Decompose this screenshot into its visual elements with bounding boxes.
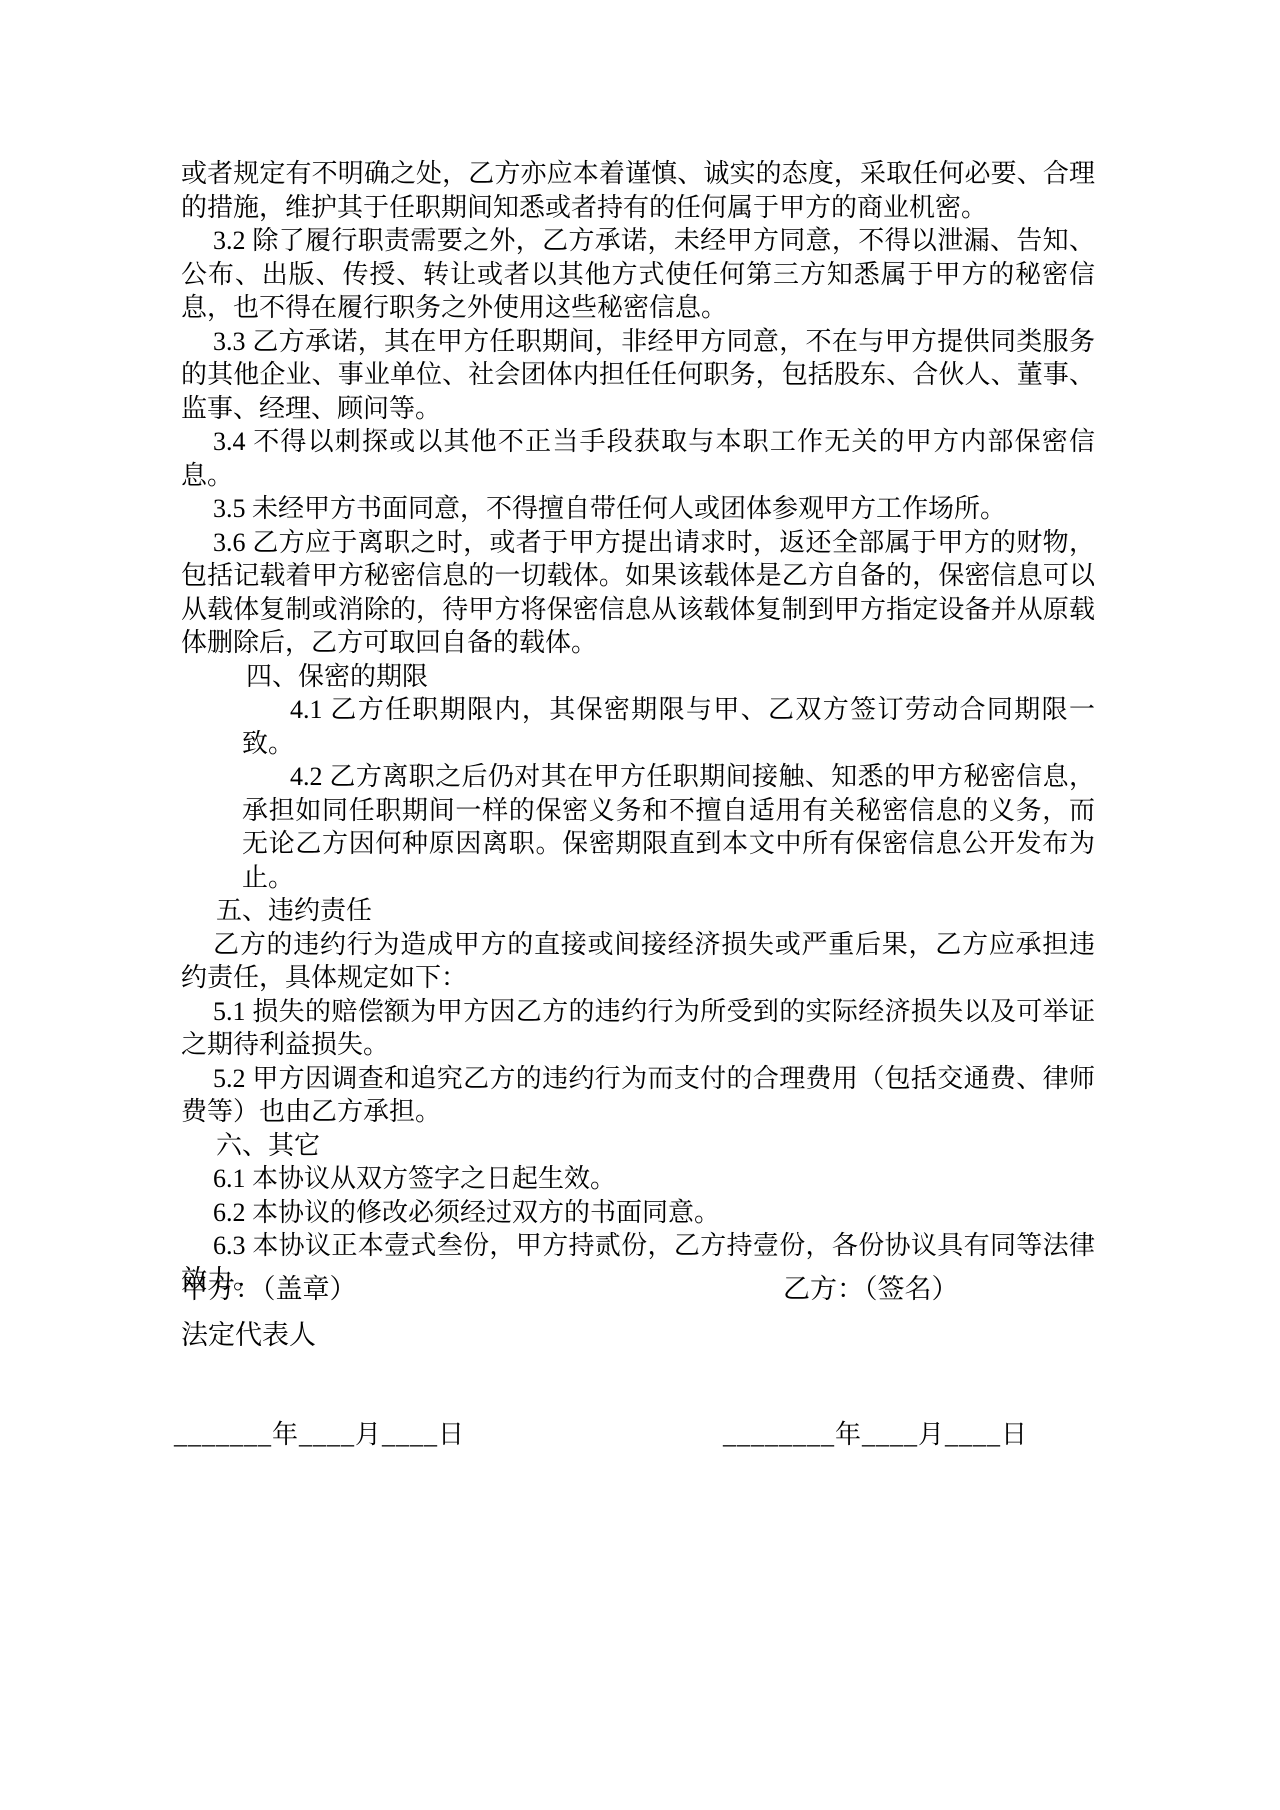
- clause-5-intro: 乙方的违约行为造成甲方的直接或间接经济损失或严重后果，乙方应承担违约责任，具体规…: [181, 928, 1095, 995]
- date-line-party-b: ________年____月____日: [723, 1418, 1028, 1452]
- clause-6-2: 6.2 本协议的修改必须经过双方的书面同意。: [181, 1196, 1095, 1230]
- section-heading-6: 六、其它: [181, 1129, 1095, 1163]
- legal-representative-label: 法定代表人: [181, 1318, 316, 1352]
- document-page: 或者规定有不明确之处，乙方亦应本着谨慎、诚实的态度，采取任何必要、合理的措施，维…: [0, 0, 1280, 1810]
- date-line-party-a: _______年____月____日: [174, 1418, 465, 1452]
- clause-4-1: 4.1 乙方任职期限内，其保密期限与甲、乙双方签订劳动合同期限一致。: [242, 693, 1095, 760]
- document-body-text: 或者规定有不明确之处，乙方亦应本着谨慎、诚实的态度，采取任何必要、合理的措施，维…: [181, 157, 1095, 1296]
- clause-3-4: 3.4 不得以刺探或以其他不正当手段获取与本职工作无关的甲方内部保密信息。: [181, 425, 1095, 492]
- clause-3-5: 3.5 未经甲方书面同意，不得擅自带任何人或团体参观甲方工作场所。: [181, 492, 1095, 526]
- clause-5-2: 5.2 甲方因调查和追究乙方的违约行为而支付的合理费用（包括交通费、律师费等）也…: [181, 1062, 1095, 1129]
- party-b-signature-label: 乙方：（签名）: [783, 1272, 959, 1306]
- section-heading-4: 四、保密的期限: [181, 660, 1095, 694]
- clause-6-1: 6.1 本协议从双方签字之日起生效。: [181, 1162, 1095, 1196]
- paragraph-continuation: 或者规定有不明确之处，乙方亦应本着谨慎、诚实的态度，采取任何必要、合理的措施，维…: [181, 157, 1095, 224]
- section-heading-5: 五、违约责任: [181, 894, 1095, 928]
- clause-3-3: 3.3 乙方承诺，其在甲方任职期间，非经甲方同意，不在与甲方提供同类服务的其他企…: [181, 325, 1095, 426]
- party-a-signature-label: 甲方：（盖章）: [181, 1272, 357, 1306]
- clause-3-2: 3.2 除了履行职责需要之外，乙方承诺，未经甲方同意，不得以泄漏、告知、公布、出…: [181, 224, 1095, 325]
- clause-4-2: 4.2 乙方离职之后仍对其在甲方任职期间接触、知悉的甲方秘密信息，承担如同任职期…: [242, 760, 1095, 894]
- clause-5-1: 5.1 损失的赔偿额为甲方因乙方的违约行为所受到的实际经济损失以及可举证之期待利…: [181, 995, 1095, 1062]
- clause-3-6: 3.6 乙方应于离职之时，或者于甲方提出请求时，返还全部属于甲方的财物，包括记载…: [181, 526, 1095, 660]
